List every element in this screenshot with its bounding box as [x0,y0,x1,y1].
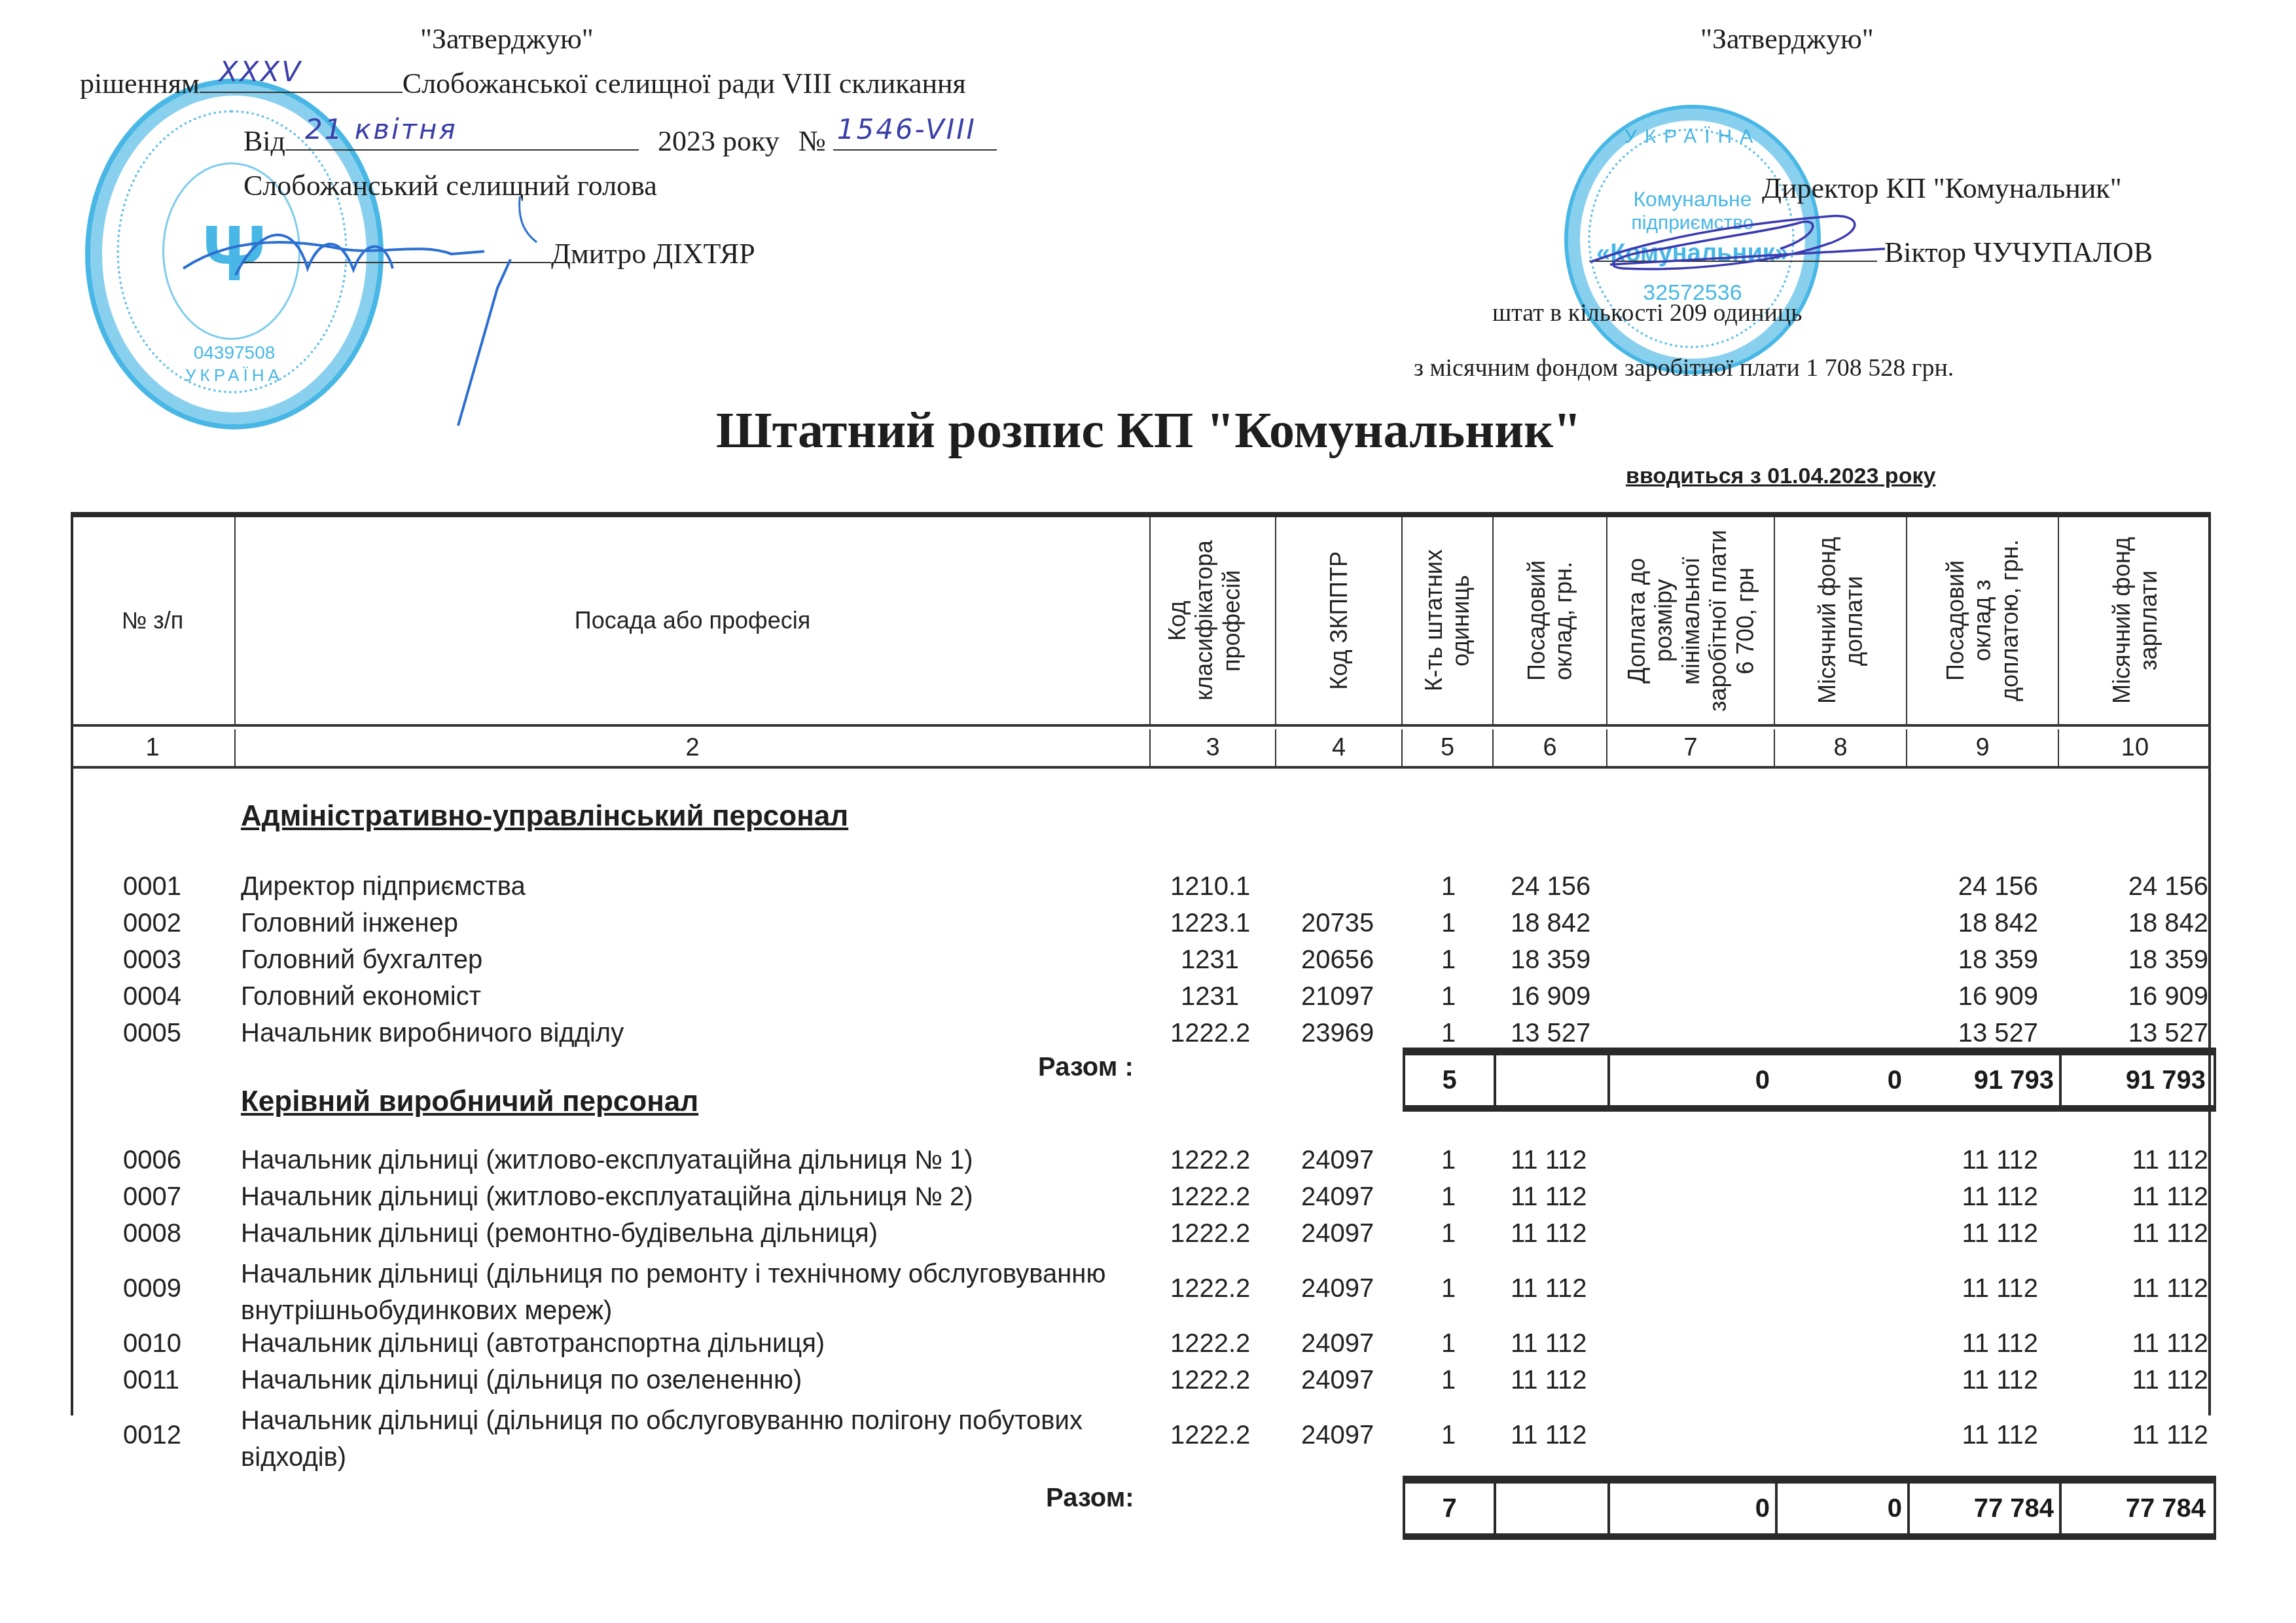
cell-salary: 13 527 [1511,1019,1590,1048]
council-name: Слобожанської селищної ради VIII скликан… [403,67,966,100]
cell-no: 0002 [123,909,181,938]
session-field: XXXV [200,65,403,93]
cell-salary-with-surcharge: 16 909 [1958,982,2038,1012]
cell-code-zkpptr: 24097 [1301,1329,1374,1359]
cell-position: Начальник дільниці (дільниця по озеленен… [241,1366,802,1395]
cell-units: 1 [1441,1421,1456,1450]
effective-date: вводиться з 01.04.2023 року [1626,464,1935,489]
cell-no: 0010 [123,1329,181,1359]
approval-right-title: "Затверджую" [1700,22,1874,56]
cell-position: Директор підприємства [241,872,526,902]
cell-no: 0012 [123,1421,181,1450]
total-units: 5 [1405,1055,1494,1105]
total-salary [1494,1055,1607,1105]
decision-prefix: рішенням [80,67,200,100]
number-handwritten: 1546-VIII [837,113,977,145]
cell-no: 0009 [123,1274,181,1304]
cell-units: 1 [1441,1019,1456,1048]
header-salary-with-surcharge: Посадовий оклад з доплатою, грн. [1907,517,2059,724]
section-title-production: Керівний виробничий персонал [241,1085,698,1118]
total-surcharge: 0 [1607,1055,1775,1105]
session-handwritten: XXXV [219,56,302,88]
cell-monthly-fund: 18 359 [2128,945,2208,975]
cell-monthly-fund: 11 112 [2132,1146,2208,1175]
director-name: Віктор ЧУЧУПАЛОВ [1884,236,2153,268]
total-salary-with-surcharge: 77 784 [1907,1484,2059,1533]
cell-code-class: 1210.1 [1170,872,1250,902]
colnum-6: 6 [1494,729,1607,766]
head-name: Дмитро ДІХТЯР [551,238,755,270]
header-surcharge-fund: Місячний фонд доплати [1775,517,1907,724]
cell-code-class: 1223.1 [1170,909,1250,938]
colnum-4: 4 [1276,729,1403,766]
header-code-class: Код класифікатора професій [1151,517,1276,724]
cell-position: Начальник дільниці (ремонтно-будівельна … [241,1219,878,1249]
total-surcharge-fund: 0 [1775,1484,1907,1533]
date-prefix: Від [243,125,285,157]
cell-monthly-fund: 11 112 [2132,1182,2208,1212]
table-header: № з/п Посада або професія Код класифікат… [71,517,2211,727]
cell-salary: 11 112 [1511,1329,1587,1359]
cell-code-class: 1222.2 [1170,1366,1250,1395]
colnum-10: 10 [2059,729,2211,766]
cell-units: 1 [1441,1274,1456,1304]
cell-code-zkpptr: 23969 [1301,1019,1374,1048]
cell-no: 0008 [123,1219,181,1249]
colnum-8: 8 [1775,729,1907,766]
section-title-admin: Адміністративно-управлінський персонал [241,800,848,833]
header-units: К-ть штатних одиниць [1403,517,1494,724]
header-monthly-fund: Місячний фонд зарплати [2059,517,2211,724]
cell-position: Головний економіст [241,982,481,1012]
total-surcharge: 0 [1607,1484,1775,1533]
cell-no: 0011 [123,1366,179,1395]
date-handwritten: 21 квітня [305,113,457,145]
stamp-country: УКРАЇНА [1568,126,1817,148]
cell-monthly-fund: 11 112 [2132,1329,2208,1359]
cell-no: 0006 [123,1146,181,1175]
cell-no: 0004 [123,982,181,1012]
cell-code-zkpptr: 24097 [1301,1366,1374,1395]
total-row-admin: 5 0 0 91 793 91 793 [1403,1048,2216,1112]
total-monthly-fund: 77 784 [2059,1484,2211,1533]
colnum-5: 5 [1403,729,1494,766]
cell-monthly-fund: 13 527 [2128,1019,2208,1048]
table-row: 0009 Начальник дільниці (дільниця по рем… [71,1256,2211,1329]
cell-salary: 18 359 [1511,945,1590,975]
colnum-2: 2 [236,729,1151,766]
cell-salary-with-surcharge: 11 112 [1962,1366,2038,1395]
cell-no: 0003 [123,945,181,975]
cell-salary: 11 112 [1511,1366,1587,1395]
table-row: 0012 Начальник дільниці (дільниця по обс… [71,1402,2211,1476]
total-surcharge-fund: 0 [1775,1055,1907,1105]
staff-count: штат в кількості 209 одиниць [1492,299,1803,327]
document-title: Штатний розпис КП "Комунальник" [716,401,1581,460]
cell-monthly-fund: 11 112 [2132,1366,2208,1395]
cell-salary: 11 112 [1511,1219,1587,1249]
cell-code-zkpptr: 20735 [1301,909,1374,938]
cell-no: 0001 [123,872,181,902]
cell-monthly-fund: 11 112 [2132,1421,2208,1450]
cell-position: Головний бухгалтер [241,945,482,975]
monthly-fund: з місячним фондом заробітної плати 1 708… [1414,354,1954,382]
cell-salary-with-surcharge: 11 112 [1962,1146,2038,1175]
cell-salary-with-surcharge: 18 842 [1958,909,2038,938]
cell-code-class: 1231 [1181,945,1239,975]
total-row-production: 7 0 0 77 784 77 784 [1403,1476,2216,1540]
cell-code-zkpptr: 21097 [1301,982,1374,1012]
cell-code-zkpptr: 24097 [1301,1182,1374,1212]
cell-code-class: 1222.2 [1170,1219,1250,1249]
cell-salary-with-surcharge: 24 156 [1958,872,2038,902]
cell-position: Головний інженер [241,909,458,938]
cell-code-class: 1222.2 [1170,1421,1250,1450]
cell-units: 1 [1441,1329,1456,1359]
approval-left-title: "Затверджую" [420,22,594,56]
colnum-7: 7 [1607,729,1775,766]
column-numbers-row: 1 2 3 4 5 6 7 8 9 10 [71,729,2211,769]
cell-no: 0007 [123,1182,181,1212]
cell-monthly-fund: 24 156 [2128,872,2208,902]
colnum-1: 1 [71,729,236,766]
cell-position: Начальник дільниці (дільниця по обслугов… [241,1402,1144,1476]
decision-line: рішеннямXXXVСлобожанської селищної ради … [80,65,966,100]
cell-salary-with-surcharge: 11 112 [1962,1274,2038,1304]
signature-left [144,196,550,432]
cell-code-zkpptr: 24097 [1301,1274,1374,1304]
cell-units: 1 [1441,982,1456,1012]
cell-position: Начальник дільниці (дільниця по ремонту … [241,1256,1144,1329]
cell-salary: 24 156 [1511,872,1590,902]
colnum-9: 9 [1907,729,2059,766]
cell-position: Начальник виробничого відділу [241,1019,624,1048]
number-field: 1546-VIII [833,123,997,151]
cell-units: 1 [1441,872,1456,902]
director-position: Директор КП "Комунальник" [1762,172,2122,205]
header-position: Посада або професія [236,517,1151,724]
cell-salary-with-surcharge: 18 359 [1958,945,2038,975]
cell-units: 1 [1441,945,1456,975]
cell-salary-with-surcharge: 11 112 [1962,1421,2038,1450]
total-salary-with-surcharge: 91 793 [1907,1055,2059,1105]
cell-code-zkpptr: 20656 [1301,945,1374,975]
cell-salary: 11 112 [1511,1421,1587,1450]
number-prefix: № [798,125,826,157]
year-text: 2023 року [658,125,780,157]
colnum-3: 3 [1151,729,1276,766]
cell-code-class: 1222.2 [1170,1182,1250,1212]
cell-salary: 11 112 [1511,1274,1587,1304]
cell-monthly-fund: 18 842 [2128,909,2208,938]
cell-units: 1 [1441,1146,1456,1175]
cell-position: Начальник дільниці (житлово-експлуатацій… [241,1146,973,1175]
header-code-zkpptr: Код ЗКППТР [1276,517,1403,724]
cell-units: 1 [1441,1366,1456,1395]
cell-salary-with-surcharge: 13 527 [1958,1019,2038,1048]
header-surcharge: Доплата до розміру мінімальної заробітно… [1607,517,1775,724]
cell-code-zkpptr: 24097 [1301,1421,1374,1450]
cell-salary-with-surcharge: 11 112 [1962,1329,2038,1359]
cell-salary-with-surcharge: 11 112 [1962,1219,2038,1249]
cell-code-class: 1222.2 [1170,1274,1250,1304]
cell-code-zkpptr: 24097 [1301,1219,1374,1249]
cell-salary: 18 842 [1511,909,1590,938]
total-salary [1494,1484,1607,1533]
total-monthly-fund: 91 793 [2059,1055,2211,1105]
cell-code-class: 1222.2 [1170,1019,1250,1048]
cell-monthly-fund: 16 909 [2128,982,2208,1012]
date-line: Від21 квітня 2023 року № 1546-VIII [243,123,997,158]
cell-no: 0005 [123,1019,181,1048]
cell-code-class: 1222.2 [1170,1329,1250,1359]
cell-salary: 11 112 [1511,1182,1587,1212]
cell-position: Начальник дільниці (автотранспортна діль… [241,1329,825,1359]
total-units: 7 [1405,1484,1494,1533]
cell-code-zkpptr: 24097 [1301,1146,1374,1175]
cell-units: 1 [1441,1219,1456,1249]
total-label-production: Разом: [1046,1484,1134,1513]
cell-salary: 16 909 [1511,982,1590,1012]
cell-salary: 11 112 [1511,1146,1587,1175]
signature-right [1584,210,1892,282]
total-label-admin: Разом : [1038,1053,1134,1082]
cell-units: 1 [1441,909,1456,938]
cell-code-class: 1231 [1181,982,1239,1012]
cell-units: 1 [1441,1182,1456,1212]
header-no: № з/п [71,517,236,724]
cell-monthly-fund: 11 112 [2132,1274,2208,1304]
header-salary: Посадовий оклад, грн. [1494,517,1607,724]
date-field: 21 квітня [285,123,639,151]
cell-salary-with-surcharge: 11 112 [1962,1182,2038,1212]
cell-monthly-fund: 11 112 [2132,1219,2208,1249]
cell-code-class: 1222.2 [1170,1146,1250,1175]
cell-position: Начальник дільниці (житлово-експлуатацій… [241,1182,973,1212]
